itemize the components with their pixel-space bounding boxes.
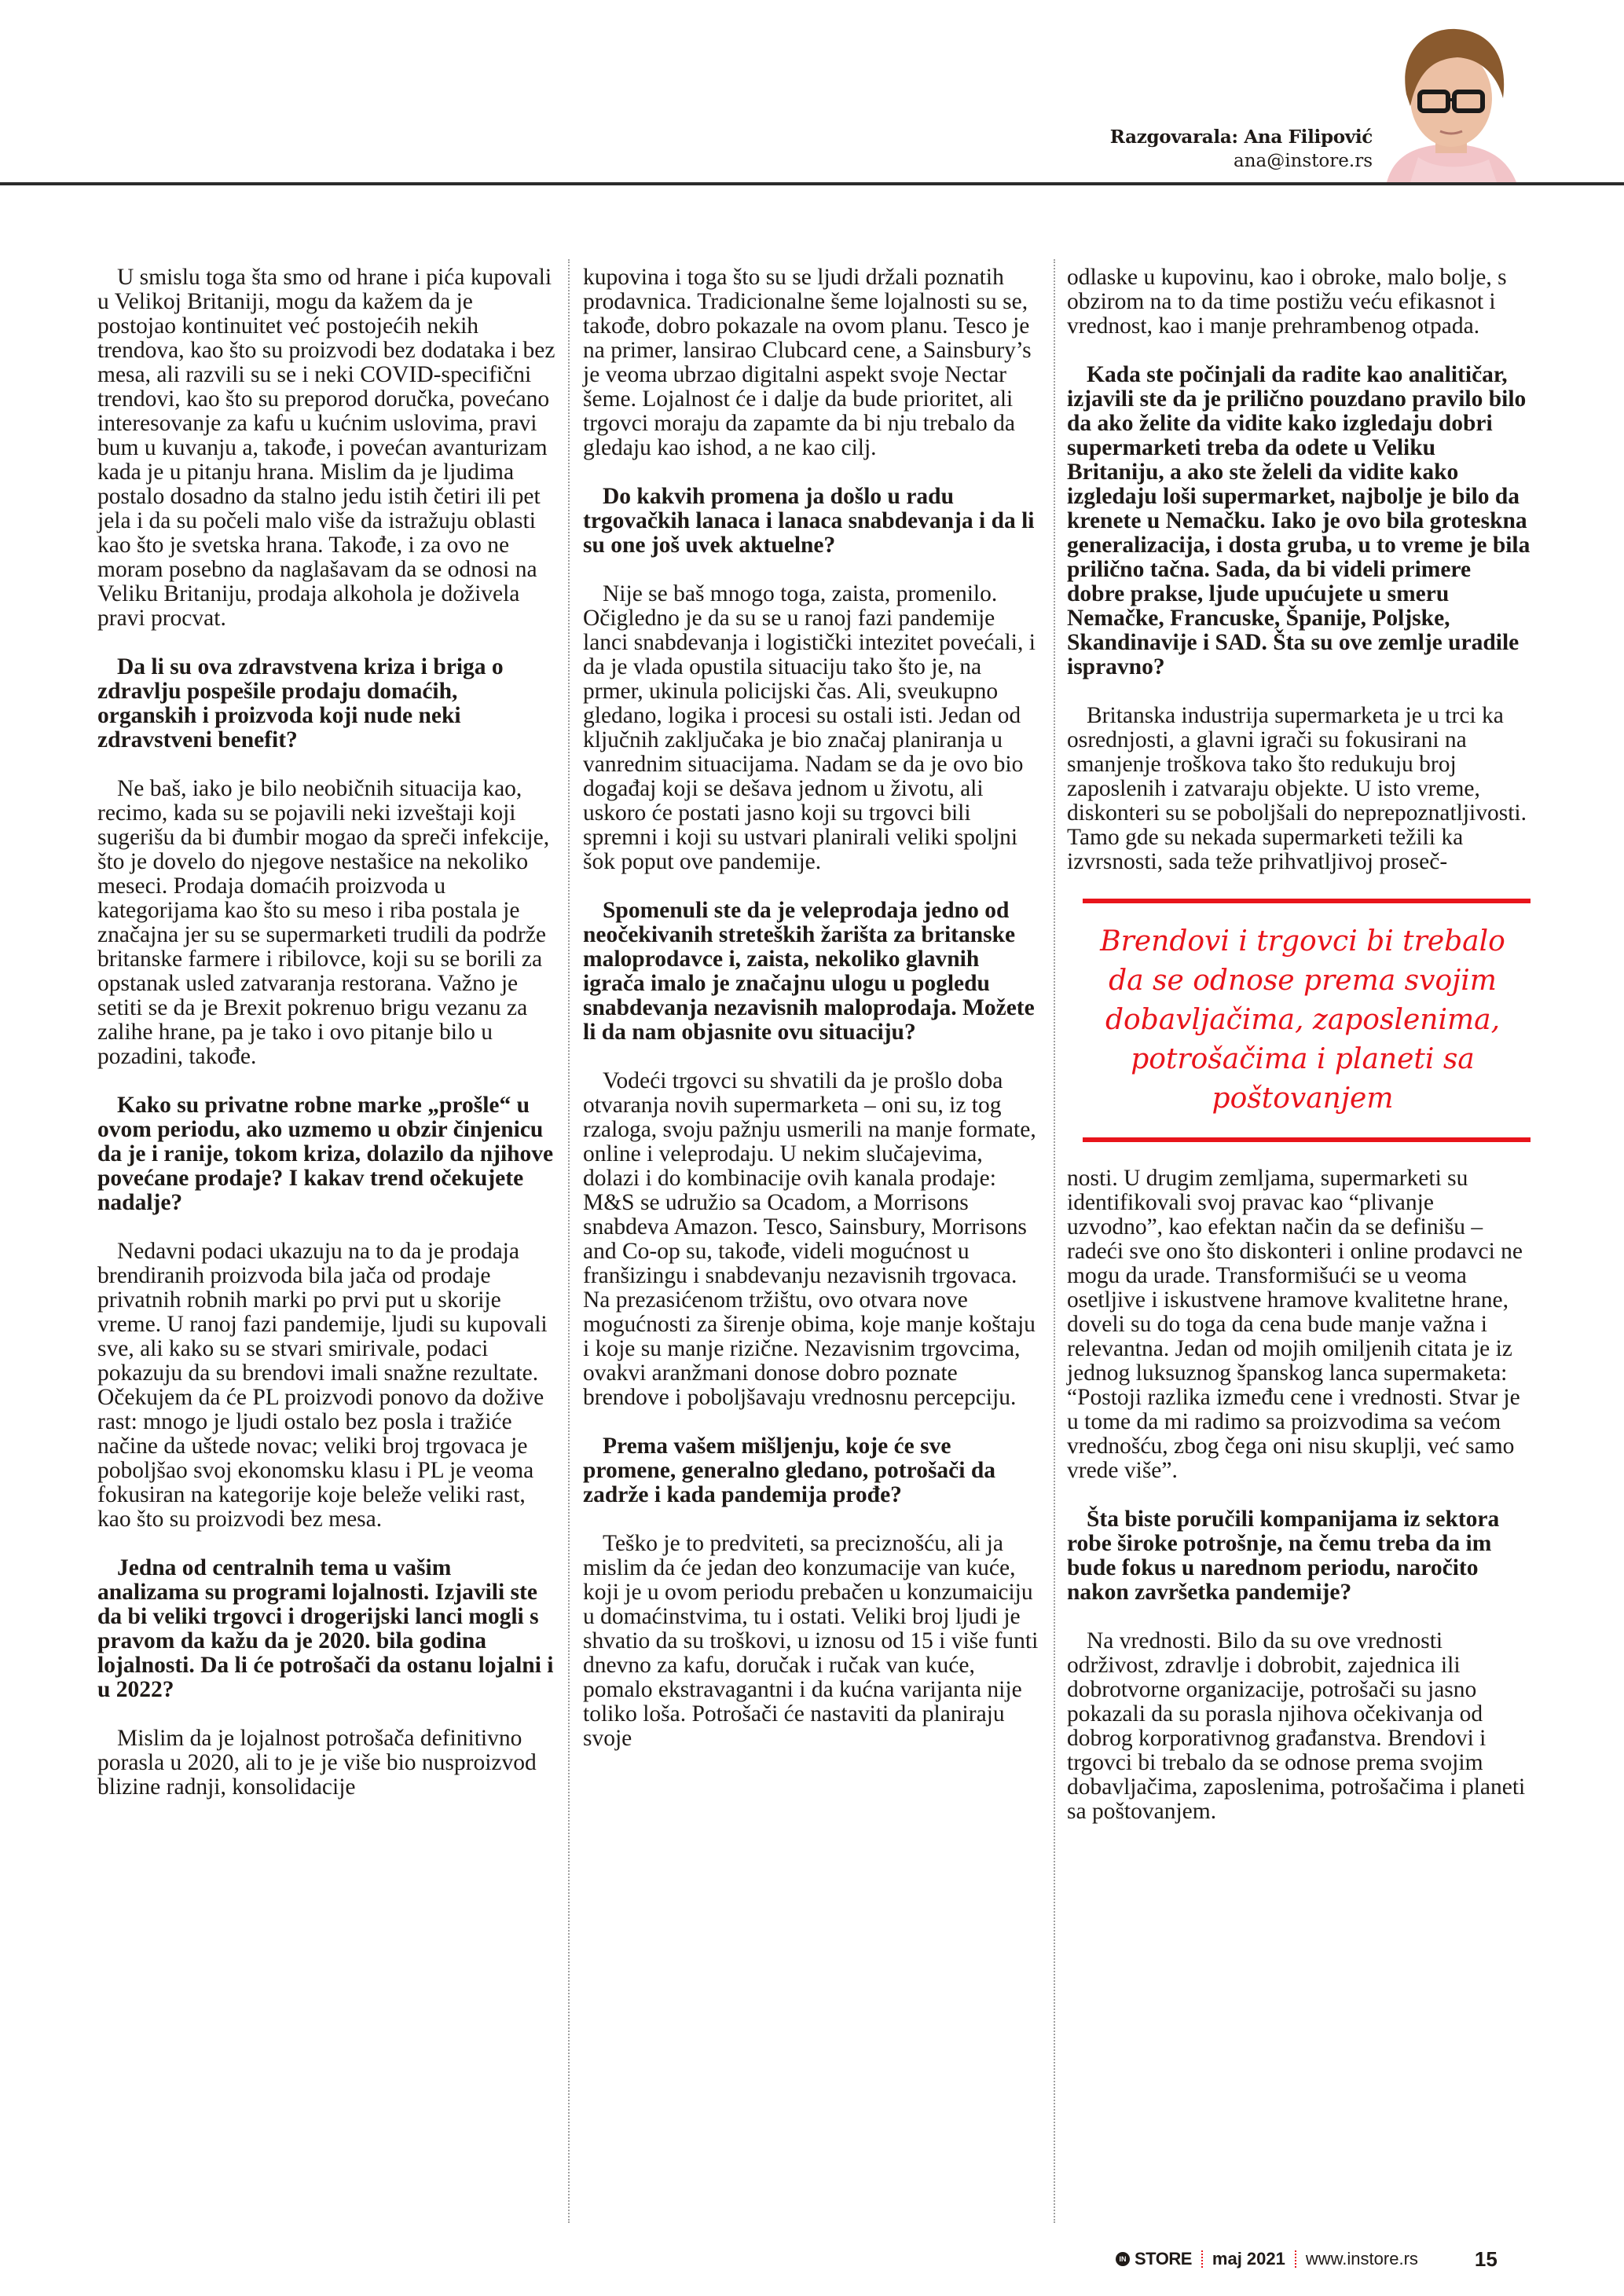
pull-quote-rule-bottom — [1083, 1137, 1531, 1142]
question-paragraph: Kada ste počinjali da radite kao analiti… — [1067, 363, 1531, 679]
page-number: 15 — [1475, 2247, 1498, 2272]
footer-brand: STORE — [1135, 2249, 1192, 2269]
portrait-image-icon — [1363, 20, 1536, 182]
article-header: Razgovarala: Ana Filipović ana@instore.r… — [0, 0, 1624, 185]
pull-quote: Brendovi i trgovci bi trebalo da se odno… — [1067, 899, 1531, 1142]
answer-paragraph: U smislu toga šta smo od hrane i pića ku… — [97, 265, 557, 631]
article-column-1: U smislu toga šta smo od hrane i pića ku… — [97, 265, 557, 1824]
question-paragraph: Jedna od centralnih tema u vašim analiza… — [97, 1556, 557, 1702]
continued-paragraph: odlaske u kupovinu, kao i obroke, malo b… — [1067, 265, 1531, 339]
column-divider — [568, 259, 570, 2223]
pull-quote-text: Brendovi i trgovci bi trebalo da se odno… — [1067, 903, 1531, 1137]
byline-email[interactable]: ana@instore.rs — [1110, 149, 1373, 173]
column-divider — [1054, 259, 1055, 2223]
footer-website-link[interactable]: www.instore.rs — [1306, 2249, 1418, 2269]
question-paragraph: Spomenuli ste da je veleprodaja jedno od… — [583, 899, 1043, 1045]
header-rule — [0, 182, 1624, 185]
byline: Razgovarala: Ana Filipović ana@instore.r… — [1110, 126, 1373, 173]
footer-separator — [1295, 2250, 1296, 2268]
byline-author: Razgovarala: Ana Filipović — [1110, 126, 1373, 149]
continued-paragraph: kupovina i toga što su se ljudi držali p… — [583, 265, 1043, 460]
article-column-2: kupovina i toga što su se ljudi držali p… — [583, 265, 1043, 1775]
question-paragraph: Prema vašem mišljenju, koje će sve prome… — [583, 1434, 1043, 1507]
answer-paragraph: Ne baš, iako je bilo neobičnih situacija… — [97, 777, 557, 1069]
answer-paragraph: Vodeći trgovci su shvatili da je prošlo … — [583, 1069, 1043, 1410]
article-column-3: odlaske u kupovinu, kao i obroke, malo b… — [1067, 265, 1531, 1848]
answer-paragraph: Britanska industrija supermarketa je u t… — [1067, 704, 1531, 874]
footer-separator — [1201, 2250, 1203, 2268]
continued-paragraph: nosti. U drugim zemljama, supermarketi s… — [1067, 1166, 1531, 1483]
instore-logo-icon: IN — [1116, 2252, 1130, 2266]
answer-paragraph: Teško je to predviteti, sa preciznošću, … — [583, 1532, 1043, 1751]
footer-issue: maj 2021 — [1212, 2249, 1285, 2269]
answer-paragraph: Nije se baš mnogo toga, zaista, promenil… — [583, 582, 1043, 874]
question-paragraph: Da li su ova zdravstvena kriza i briga o… — [97, 655, 557, 753]
question-paragraph: Šta biste poručili kompanijama iz sektor… — [1067, 1507, 1531, 1605]
page-footer: IN STORE maj 2021 www.instore.rs 15 — [1116, 2245, 1498, 2273]
question-paragraph: Kako su privatne robne marke „prošle“ u … — [97, 1093, 557, 1215]
answer-paragraph: Nedavni podaci ukazuju na to da je proda… — [97, 1240, 557, 1532]
author-portrait — [1363, 20, 1536, 182]
answer-paragraph: Mislim da je lojalnost potrošača definit… — [97, 1727, 557, 1800]
answer-paragraph: Na vrednosti. Bilo da su ove vrednosti o… — [1067, 1629, 1531, 1824]
question-paragraph: Do kakvih promena ja došlo u radu trgova… — [583, 485, 1043, 558]
